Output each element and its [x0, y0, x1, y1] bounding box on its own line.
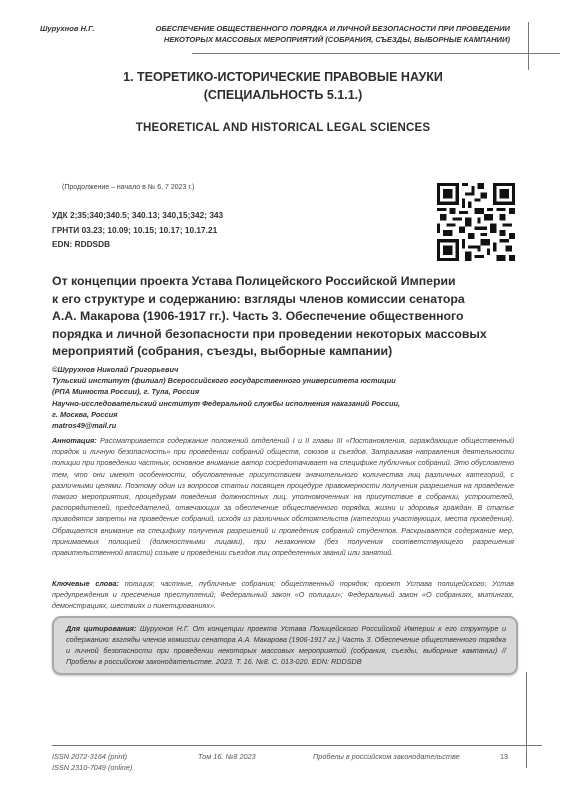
section-heading-line2: (СПЕЦИАЛЬНОСТЬ 5.1.1.)	[0, 86, 566, 104]
article-title-line: мероприятий (собрания, съезды, выборные …	[52, 343, 522, 361]
keywords-text: полиция; частные, публичные собрания; об…	[52, 579, 514, 610]
footer-volume: Том 16. №8 2023	[198, 751, 256, 762]
section-heading-line1: 1. ТЕОРЕТИКО-ИСТОРИЧЕСКИЕ ПРАВОВЫЕ НАУКИ	[0, 68, 566, 86]
author-email[interactable]: matros49@mail.ru	[52, 420, 522, 431]
grnti-code: ГРНТИ 03.23; 10.09; 10.15; 10.17; 10.17.…	[52, 223, 223, 238]
article-title-line: к его структуре и содержанию: взгляды чл…	[52, 291, 522, 309]
edn-code: EDN: RDDSDB	[52, 237, 223, 252]
header-rule-vertical	[528, 22, 529, 70]
footer-rule-vertical	[526, 672, 527, 768]
section-heading-en: THEORETICAL AND HISTORICAL LEGAL SCIENCE…	[0, 122, 566, 134]
header-title-line1: ОБЕСПЕЧЕНИЕ ОБЩЕСТВЕННОГО ПОРЯДКА И ЛИЧН…	[155, 23, 510, 34]
citation-box: Для цитирования: Шурухнов Н.Г. От концеп…	[52, 616, 518, 675]
abstract: Аннотация: Рассматривается содержание по…	[52, 435, 514, 558]
article-title: От концепции проекта Устава Полицейского…	[52, 273, 522, 361]
article-title-line: От концепции проекта Устава Полицейского…	[52, 273, 522, 291]
author-affiliation: (РПА Минюста России), г. Тула, Россия	[52, 386, 522, 397]
footer-issn: ISSN 2072-3164 (print) ISSN 2310-7049 (o…	[52, 751, 132, 773]
author-block: ©Шурухнов Николай Григорьевич Тульский и…	[52, 364, 522, 431]
continuation-note: (Продолжение – начало в № 6, 7 2023 г.)	[62, 184, 194, 191]
issn-print: ISSN 2072-3164 (print)	[52, 751, 132, 762]
issn-online: ISSN 2310-7049 (online)	[52, 762, 132, 773]
page-number: 13	[500, 751, 508, 762]
citation-label: Для цитирования:	[66, 624, 136, 633]
author-affiliation: г. Москва, Россия	[52, 409, 522, 420]
keywords: Ключевые слова: полиция; частные, публич…	[52, 578, 514, 612]
section-heading-ru: 1. ТЕОРЕТИКО-ИСТОРИЧЕСКИЕ ПРАВОВЫЕ НАУКИ…	[0, 68, 566, 104]
author-name: ©Шурухнов Николай Григорьевич	[52, 364, 522, 375]
footer-rule-horizontal	[52, 745, 542, 746]
author-affiliation: Тульский институт (филиал) Всероссийског…	[52, 375, 522, 386]
qr-code-icon	[437, 183, 515, 261]
keywords-label: Ключевые слова:	[52, 579, 119, 588]
article-title-line: порядка и личной безопасности при провед…	[52, 326, 522, 344]
classification-codes: УДК 2;35;340;340.5; 340.13; 340,15;342; …	[52, 208, 223, 252]
abstract-label: Аннотация:	[52, 436, 97, 445]
abstract-text: Рассматривается содержание положений отд…	[52, 436, 514, 557]
header-author: Шурухнов Н.Г.	[40, 23, 94, 34]
article-title-line: А.А. Макарова (1906-1917 гг.). Часть 3. …	[52, 308, 522, 326]
author-affiliation: Научно-исследовательский институт Федера…	[52, 398, 522, 409]
header-title-line2: НЕКОТОРЫХ МАССОВЫХ МЕРОПРИЯТИЙ (СОБРАНИЯ…	[164, 34, 510, 45]
footer-journal: Пробелы в российском законодательстве	[313, 751, 460, 762]
header-rule-horizontal	[192, 53, 560, 54]
udk-code: УДК 2;35;340;340.5; 340.13; 340,15;342; …	[52, 208, 223, 223]
